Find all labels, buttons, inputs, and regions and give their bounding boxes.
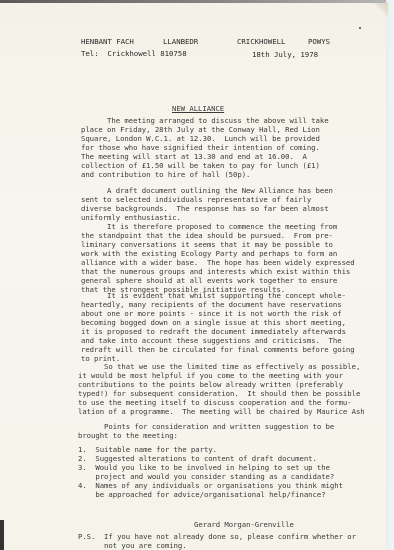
paragraph-points-intro: Points for consideration and written sug… — [78, 422, 388, 440]
signature: Gerard Morgan-Grenville — [194, 520, 294, 529]
point-3: 3. Would you like to be involved in help… — [78, 463, 388, 481]
page-corner-fold — [374, 3, 388, 17]
postscript: P.S. If you have not already done so, pl… — [78, 532, 388, 550]
point-4: 4. Names of any individuals or organisat… — [78, 481, 388, 499]
speck — [359, 27, 361, 29]
point-2: 2. Suggested alterations to content of d… — [78, 454, 388, 463]
letterhead-town: CRICKHOWELL — [237, 37, 285, 46]
paragraph-proposal: It is therefore proposed to commence the… — [81, 222, 391, 294]
letterhead-telephone: Tel: Crickhowell 810758 — [81, 49, 187, 58]
paragraph-meeting-details: The meeting arranged to discuss the abov… — [81, 116, 391, 179]
letterhead-house: HENBANT FACH — [81, 37, 134, 46]
letterhead-village: LLANBEDR — [163, 37, 198, 46]
paragraph-redraft: It is evident that whilst supporting the… — [81, 291, 391, 363]
paragraph-draft-document: A draft document outlining the New Allia… — [81, 186, 391, 222]
paragraph-time-use: So that we use the limited time as effec… — [78, 362, 388, 416]
document-title: NEW ALLIANCE — [172, 104, 224, 113]
letterhead-county: POWYS — [308, 37, 330, 46]
scan-bottom-left-edge — [0, 520, 4, 550]
point-1: 1. Suitable name for the party. — [78, 445, 388, 454]
letter-date: 18th July, 1978 — [252, 50, 318, 59]
